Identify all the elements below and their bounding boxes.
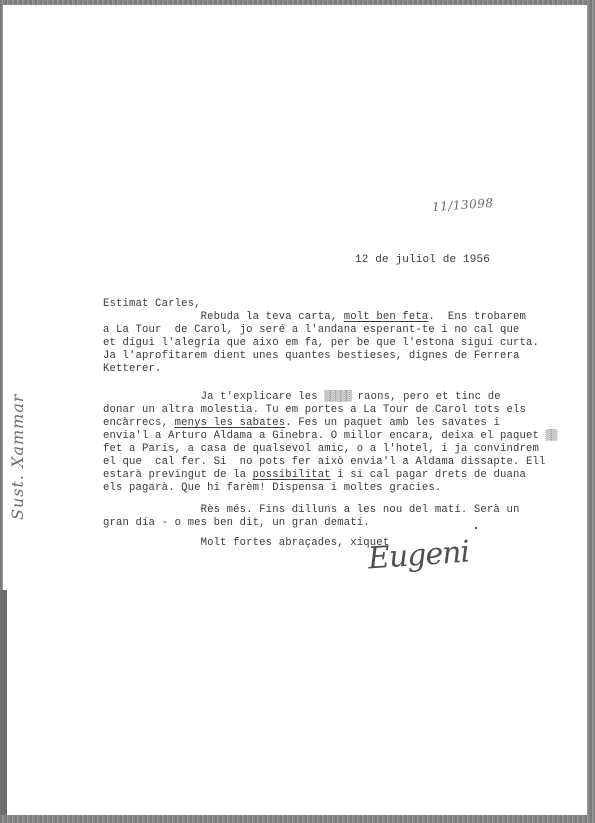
- salutation: Estimat Carles,: [103, 298, 201, 311]
- paragraph-3-line-1: Rès més. Fins dilluns a les nou del matí…: [103, 504, 519, 517]
- handwritten-side-note: Sust. Xammar: [8, 393, 27, 520]
- paragraph-1-line-3: et digui l'alegría que aixo em fa, per b…: [103, 337, 539, 350]
- scan-edge: [0, 590, 7, 815]
- paragraph-1-line-2: a La Tour de Carol, jo seré a l'andana e…: [103, 324, 519, 337]
- underlined-phrase: possibilitat: [253, 469, 331, 481]
- paragraph-1-line-5: Ketterer.: [103, 363, 162, 376]
- paragraph-2-line-3: encàrrecs, menys les sabates. Fes un paq…: [103, 417, 500, 430]
- struck-word: ▒▒: [546, 430, 557, 442]
- underlined-phrase: molt ben feta: [344, 311, 429, 323]
- paragraph-2-line-4: envia'l a Arturo Aldama a Ginebra. O mil…: [103, 430, 556, 443]
- paragraph-2-line-5: fet a Paris, a casa de qualsevol amic, o…: [103, 443, 539, 456]
- ink-mark: [475, 527, 477, 529]
- closing: Molt fortes abraçades, xiquet: [103, 537, 389, 550]
- paragraph-1-line-4: Ja l'aprofitarem dient unes quantes best…: [103, 350, 519, 363]
- paragraph-2-line-8: els pagarà. Que hi farèm! Dispensa i mol…: [103, 482, 441, 495]
- paragraph-2-line-7: estarà previngut de la possibilitat i si…: [103, 469, 526, 482]
- paragraph-2-line-6: el que cal fer. Si no pots fer això envi…: [103, 456, 546, 469]
- paragraph-1-line-1: Rebuda la teva carta, molt ben feta. Ens…: [103, 311, 526, 324]
- paragraph-3-line-2: gran día - o mes ben dit, un gran dematí…: [103, 517, 370, 530]
- struck-word: ▒▒▒▒▒: [324, 391, 351, 403]
- signature: Eugeni: [367, 535, 470, 577]
- paragraph-2-line-1: Ja t'explicare les ▒▒▒▒▒ raons, pero et …: [103, 391, 501, 404]
- underlined-phrase: menys les sabates: [175, 417, 286, 429]
- paragraph-2-line-2: donar un altra molestia. Tu em portes a …: [103, 404, 526, 417]
- letter-date: 12 de juliol de 1956: [355, 254, 490, 267]
